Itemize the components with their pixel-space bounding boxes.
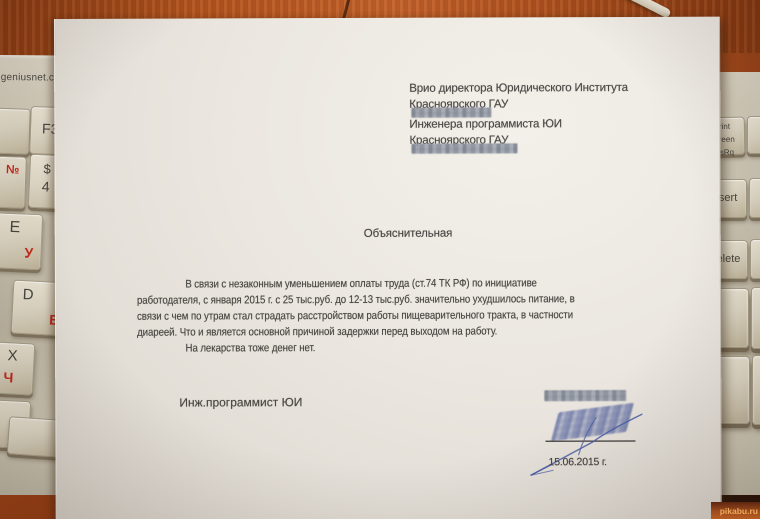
key-x-cyrillic-label: Ч xyxy=(3,369,14,385)
redacted-recipient-name xyxy=(411,107,491,117)
key-x-label: X xyxy=(7,347,18,365)
key-e: E У xyxy=(0,212,43,271)
body-line-5: На лекарства тоже денег нет. xyxy=(137,339,665,357)
key-3-alt-label: № xyxy=(6,162,20,176)
key-f2-partial xyxy=(0,107,31,155)
body-line-1: В связи с незаконным уменьшением оплаты … xyxy=(137,275,665,293)
recipient-line-1: Врио директора Юридического Института xyxy=(409,81,628,95)
document-title: Объяснительная xyxy=(364,228,453,240)
document-paper: Врио директора Юридического Института Кр… xyxy=(54,17,722,519)
key-e-cyrillic-label: У xyxy=(24,245,33,261)
signature-strokes xyxy=(496,397,716,508)
key-4-shift-label: $ xyxy=(43,161,51,176)
key-3-partial: № xyxy=(0,155,27,209)
watermark-patch: pikabu.ru xyxy=(711,502,760,519)
key-d-label: D xyxy=(22,286,34,304)
body-line-3: связи с чем по утрам стал страдать расст… xyxy=(137,307,665,325)
body-line-2: работодателя, с января 2015 г. с 25 тыс.… xyxy=(137,291,665,309)
body-line-4: диареей. Что и является основной причино… xyxy=(137,323,665,341)
key-blank-nav-2 xyxy=(751,287,760,349)
signoff-position: Инж.программист ЮИ xyxy=(179,395,302,409)
keyboard-cable xyxy=(596,0,671,19)
key-x: X Ч xyxy=(0,340,35,395)
keyboard-brand-text: geniusnet.c xyxy=(1,72,54,83)
redacted-sender-name xyxy=(411,143,517,153)
key-4-label: 4 xyxy=(41,178,49,194)
key-blank-right-2 xyxy=(749,178,760,218)
recipient-line-3: Инженера программиста ЮИ xyxy=(409,117,562,131)
key-blank-right-3 xyxy=(750,239,760,279)
document-date: 15.06.2015 г. xyxy=(549,456,607,468)
photo-scene: geniusnet.c F3 № $ 4 E У D В X Ч Print S… xyxy=(0,0,760,519)
key-e-label: E xyxy=(9,219,20,237)
key-blank-nav-4 xyxy=(752,355,760,425)
key-blank-right-1 xyxy=(747,116,760,154)
document-body: В связи с незаконным уменьшением оплаты … xyxy=(137,275,665,357)
watermark-text: pikabu.ru xyxy=(720,506,758,516)
